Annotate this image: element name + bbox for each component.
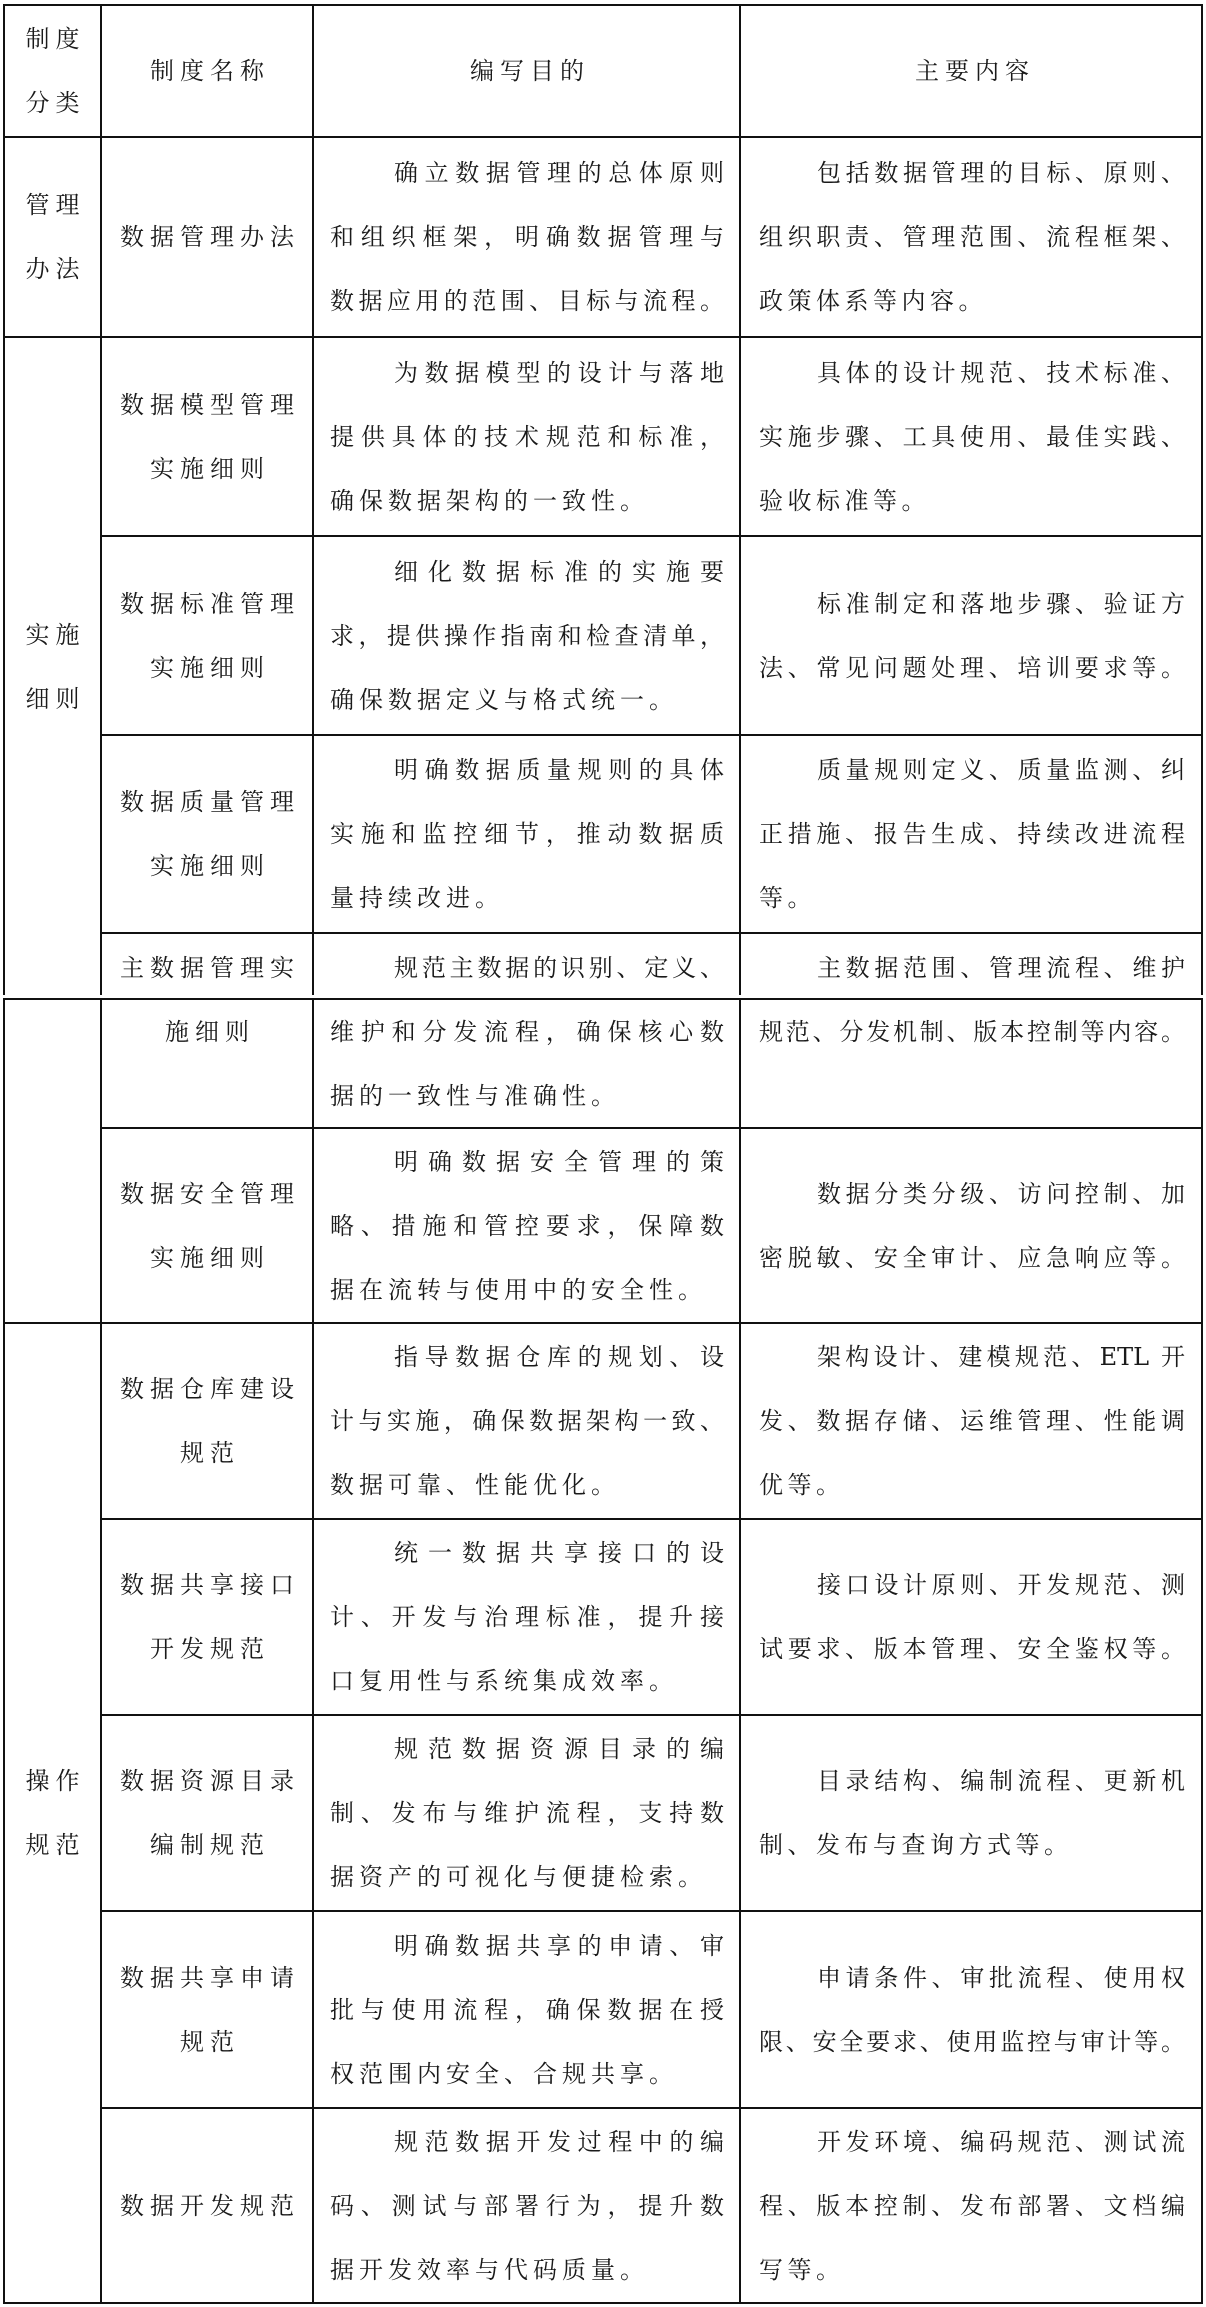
purpose-cell: 规范主数据的识别、定义、 — [314, 934, 741, 995]
content-line: 包括数据管理的目标、原则、 — [759, 141, 1185, 205]
purpose-line: 规范数据开发过程中的编 — [330, 2110, 724, 2174]
purpose-line: 规范数据资源目录的编 — [330, 1717, 724, 1781]
content-line: 申请条件、审批流程、使用权 — [759, 1946, 1185, 2010]
name-cell: 施细则 — [102, 1000, 314, 1129]
content-line: 优等。 — [759, 1453, 1185, 1517]
content-cell: 标准制定和落地步骤、验证方 法、常见问题处理、培训要求等。 — [741, 537, 1203, 736]
purpose-cell: 确立数据管理的总体原则 和组织框架，明确数据管理与 数据应用的范围、目标与流程。 — [314, 138, 741, 338]
purpose-line: 计与实施，确保数据架构一致、 — [330, 1389, 724, 1453]
category-line: 实施 — [20, 603, 86, 667]
category-cell-implementation-continued — [5, 1000, 102, 1324]
purpose-line: 为数据模型的设计与落地 — [330, 341, 724, 405]
name-line: 数据共享申请 — [114, 1946, 300, 2010]
purpose-line: 维护和分发流程，确保核心数 — [330, 1000, 724, 1064]
content-line: 主数据范围、管理流程、维护 — [759, 936, 1185, 1000]
category-line: 规范 — [20, 1813, 86, 1877]
purpose-line: 据在流转与使用中的安全性。 — [330, 1258, 724, 1322]
content-line: 政策体系等内容。 — [759, 269, 1185, 333]
purpose-line: 批与使用流程，确保数据在授 — [330, 1978, 724, 2042]
header-category-line: 分类 — [20, 71, 86, 135]
content-cell: 数据分类分级、访问控制、加 密脱敏、安全审计、应急响应等。 — [741, 1129, 1203, 1324]
name-line: 施细则 — [159, 1000, 255, 1064]
content-cell: 具体的设计规范、技术标准、 实施步骤、工具使用、最佳实践、 验收标准等。 — [741, 338, 1203, 537]
name-cell: 数据模型管理 实施细则 — [102, 338, 314, 537]
category-cell-implementation: 实施 细则 — [5, 338, 102, 995]
purpose-line: 和组织框架，明确数据管理与 — [330, 205, 724, 269]
table-page-1: 制度 分类 制度名称 编写目的 主要内容 管理 办法 数据管理办法 确立数据管理… — [3, 4, 1203, 995]
name-line: 规范 — [174, 1421, 240, 1485]
name-line: 数据安全管理 — [114, 1162, 300, 1226]
content-cell: 质量规则定义、质量监测、纠 正措施、报告生成、持续改进流程 等。 — [741, 736, 1203, 934]
purpose-line: 明确数据安全管理的策 — [330, 1130, 724, 1194]
content-cell: 主数据范围、管理流程、维护 — [741, 934, 1203, 995]
content-line: 具体的设计规范、技术标准、 — [759, 341, 1185, 405]
content-line: 制、发布与查询方式等。 — [759, 1813, 1185, 1877]
header-name-label: 制度名称 — [144, 39, 270, 103]
name-line: 数据质量管理 — [114, 770, 300, 834]
content-line: 实施步骤、工具使用、最佳实践、 — [759, 405, 1185, 469]
header-content-label: 主要内容 — [759, 39, 1185, 103]
purpose-line: 确保数据架构的一致性。 — [330, 469, 724, 533]
content-cell: 目录结构、编制流程、更新机 制、发布与查询方式等。 — [741, 1716, 1203, 1912]
purpose-line: 明确数据共享的申请、审 — [330, 1914, 724, 1978]
purpose-line: 据的一致性与准确性。 — [330, 1064, 724, 1128]
category-line: 细则 — [20, 667, 86, 731]
purpose-line: 码、测试与部署行为，提升数 — [330, 2174, 724, 2238]
name-line: 数据共享接口 — [114, 1553, 300, 1617]
purpose-line: 确保数据定义与格式统一。 — [330, 668, 724, 732]
content-line: 密脱敏、安全审计、应急响应等。 — [759, 1226, 1185, 1290]
content-line: 标准制定和落地步骤、验证方 — [759, 572, 1185, 636]
header-purpose-cell: 编写目的 — [314, 6, 741, 138]
content-cell: 开发环境、编码规范、测试流 程、版本控制、发布部署、文档编 写等。 — [741, 2109, 1203, 2304]
name-line: 数据仓库建设 — [114, 1357, 300, 1421]
purpose-line: 统一数据共享接口的设 — [330, 1521, 724, 1585]
content-line: 数据分类分级、访问控制、加 — [759, 1162, 1185, 1226]
purpose-cell: 规范数据开发过程中的编 码、测试与部署行为，提升数 据开发效率与代码质量。 — [314, 2109, 741, 2304]
purpose-cell: 指导数据仓库的规划、设 计与实施，确保数据架构一致、 数据可靠、性能优化。 — [314, 1324, 741, 1520]
purpose-cell: 明确数据安全管理的策 略、措施和管控要求，保障数 据在流转与使用中的安全性。 — [314, 1129, 741, 1324]
content-line: 目录结构、编制流程、更新机 — [759, 1749, 1185, 1813]
content-line: 程、版本控制、发布部署、文档编 — [759, 2174, 1185, 2238]
content-cell: 接口设计原则、开发规范、测 试要求、版本管理、安全鉴权等。 — [741, 1520, 1203, 1716]
name-cell: 数据资源目录 编制规范 — [102, 1716, 314, 1912]
name-line: 实施细则 — [144, 437, 270, 501]
category-line: 操作 — [20, 1749, 86, 1813]
header-category-line: 制度 — [20, 7, 86, 71]
content-line: 验收标准等。 — [759, 469, 1185, 533]
name-line: 数据资源目录 — [114, 1749, 300, 1813]
purpose-line: 指导数据仓库的规划、设 — [330, 1325, 724, 1389]
header-category-cell: 制度 分类 — [5, 6, 102, 138]
purpose-line: 求，提供操作指南和检查清单， — [330, 604, 724, 668]
purpose-line: 确立数据管理的总体原则 — [330, 141, 724, 205]
purpose-line: 据开发效率与代码质量。 — [330, 2238, 724, 2302]
name-line: 数据标准管理 — [114, 572, 300, 636]
header-name-cell: 制度名称 — [102, 6, 314, 138]
purpose-line: 明确数据质量规则的具体 — [330, 738, 724, 802]
content-cell: 规范、分发机制、版本控制等内容。 — [741, 1000, 1203, 1129]
purpose-cell: 统一数据共享接口的设 计、开发与治理标准，提升接 口复用性与系统集成效率。 — [314, 1520, 741, 1716]
table-page-2: 施细则 维护和分发流程，确保核心数 据的一致性与准确性。 规范、分发机制、版本控… — [3, 998, 1203, 2304]
name-cell: 数据质量管理 实施细则 — [102, 736, 314, 934]
name-line: 数据模型管理 — [114, 373, 300, 437]
purpose-cell: 规范数据资源目录的编 制、发布与维护流程，支持数 据资产的可视化与便捷检索。 — [314, 1716, 741, 1912]
purpose-line: 制、发布与维护流程，支持数 — [330, 1781, 724, 1845]
name-line: 实施细则 — [144, 1226, 270, 1290]
name-cell: 数据标准管理 实施细则 — [102, 537, 314, 736]
purpose-line: 提供具体的技术规范和标准， — [330, 405, 724, 469]
name-cell: 数据共享申请 规范 — [102, 1912, 314, 2109]
name-cell: 数据安全管理 实施细则 — [102, 1129, 314, 1324]
name-line: 开发规范 — [144, 1617, 270, 1681]
purpose-line: 权范围内安全、合规共享。 — [330, 2042, 724, 2106]
name-line: 数据管理办法 — [114, 205, 300, 269]
content-line: 开发环境、编码规范、测试流 — [759, 2110, 1185, 2174]
content-line: 质量规则定义、质量监测、纠 — [759, 738, 1185, 802]
content-line: 正措施、报告生成、持续改进流程 — [759, 802, 1185, 866]
purpose-line: 数据可靠、性能优化。 — [330, 1453, 724, 1517]
content-line: 架构设计、建模规范、ETL 开 — [759, 1325, 1185, 1389]
purpose-cell: 明确数据质量规则的具体 实施和监控细节，推动数据质 量持续改进。 — [314, 736, 741, 934]
category-line: 办法 — [20, 237, 86, 301]
category-cell-operation: 操作 规范 — [5, 1324, 102, 2304]
purpose-line: 实施和监控细节，推动数据质 — [330, 802, 724, 866]
content-line: 组织职责、管理范围、流程框架、 — [759, 205, 1185, 269]
purpose-line: 量持续改进。 — [330, 866, 724, 930]
content-cell: 包括数据管理的目标、原则、 组织职责、管理范围、流程框架、 政策体系等内容。 — [741, 138, 1203, 338]
name-line: 实施细则 — [144, 636, 270, 700]
category-line: 管理 — [20, 173, 86, 237]
name-line: 实施细则 — [144, 834, 270, 898]
content-line: 限、安全要求、使用监控与审计等。 — [759, 2010, 1185, 2074]
name-cell: 数据管理办法 — [102, 138, 314, 338]
purpose-line: 规范主数据的识别、定义、 — [330, 936, 724, 1000]
purpose-line: 略、措施和管控要求，保障数 — [330, 1194, 724, 1258]
name-cell: 数据开发规范 — [102, 2109, 314, 2304]
content-cell: 申请条件、审批流程、使用权 限、安全要求、使用监控与审计等。 — [741, 1912, 1203, 2109]
header-purpose-label: 编写目的 — [330, 39, 724, 103]
header-content-cell: 主要内容 — [741, 6, 1203, 138]
content-line: 写等。 — [759, 2238, 1185, 2302]
purpose-cell: 维护和分发流程，确保核心数 据的一致性与准确性。 — [314, 1000, 741, 1129]
name-cell: 主数据管理实 — [102, 934, 314, 995]
purpose-line: 计、开发与治理标准，提升接 — [330, 1585, 724, 1649]
content-cell: 架构设计、建模规范、ETL 开 发、数据存储、运维管理、性能调 优等。 — [741, 1324, 1203, 1520]
content-line: 规范、分发机制、版本控制等内容。 — [759, 1000, 1185, 1064]
purpose-cell: 明确数据共享的申请、审 批与使用流程，确保数据在授 权范围内安全、合规共享。 — [314, 1912, 741, 2109]
purpose-line: 数据应用的范围、目标与流程。 — [330, 269, 724, 333]
category-cell-management: 管理 办法 — [5, 138, 102, 338]
purpose-cell: 为数据模型的设计与落地 提供具体的技术规范和标准， 确保数据架构的一致性。 — [314, 338, 741, 537]
content-line: 等。 — [759, 866, 1185, 930]
content-line: 发、数据存储、运维管理、性能调 — [759, 1389, 1185, 1453]
content-line: 法、常见问题处理、培训要求等。 — [759, 636, 1185, 700]
name-line: 规范 — [174, 2010, 240, 2074]
name-line: 编制规范 — [144, 1813, 270, 1877]
purpose-line: 细化数据标准的实施要 — [330, 540, 724, 604]
content-line: 接口设计原则、开发规范、测 — [759, 1553, 1185, 1617]
purpose-line: 口复用性与系统集成效率。 — [330, 1649, 724, 1713]
name-line: 主数据管理实 — [114, 936, 300, 1000]
name-cell: 数据共享接口 开发规范 — [102, 1520, 314, 1716]
name-cell: 数据仓库建设 规范 — [102, 1324, 314, 1520]
purpose-cell: 细化数据标准的实施要 求，提供操作指南和检查清单， 确保数据定义与格式统一。 — [314, 537, 741, 736]
content-line: 试要求、版本管理、安全鉴权等。 — [759, 1617, 1185, 1681]
name-line: 数据开发规范 — [114, 2174, 300, 2238]
purpose-line: 据资产的可视化与便捷检索。 — [330, 1845, 724, 1909]
